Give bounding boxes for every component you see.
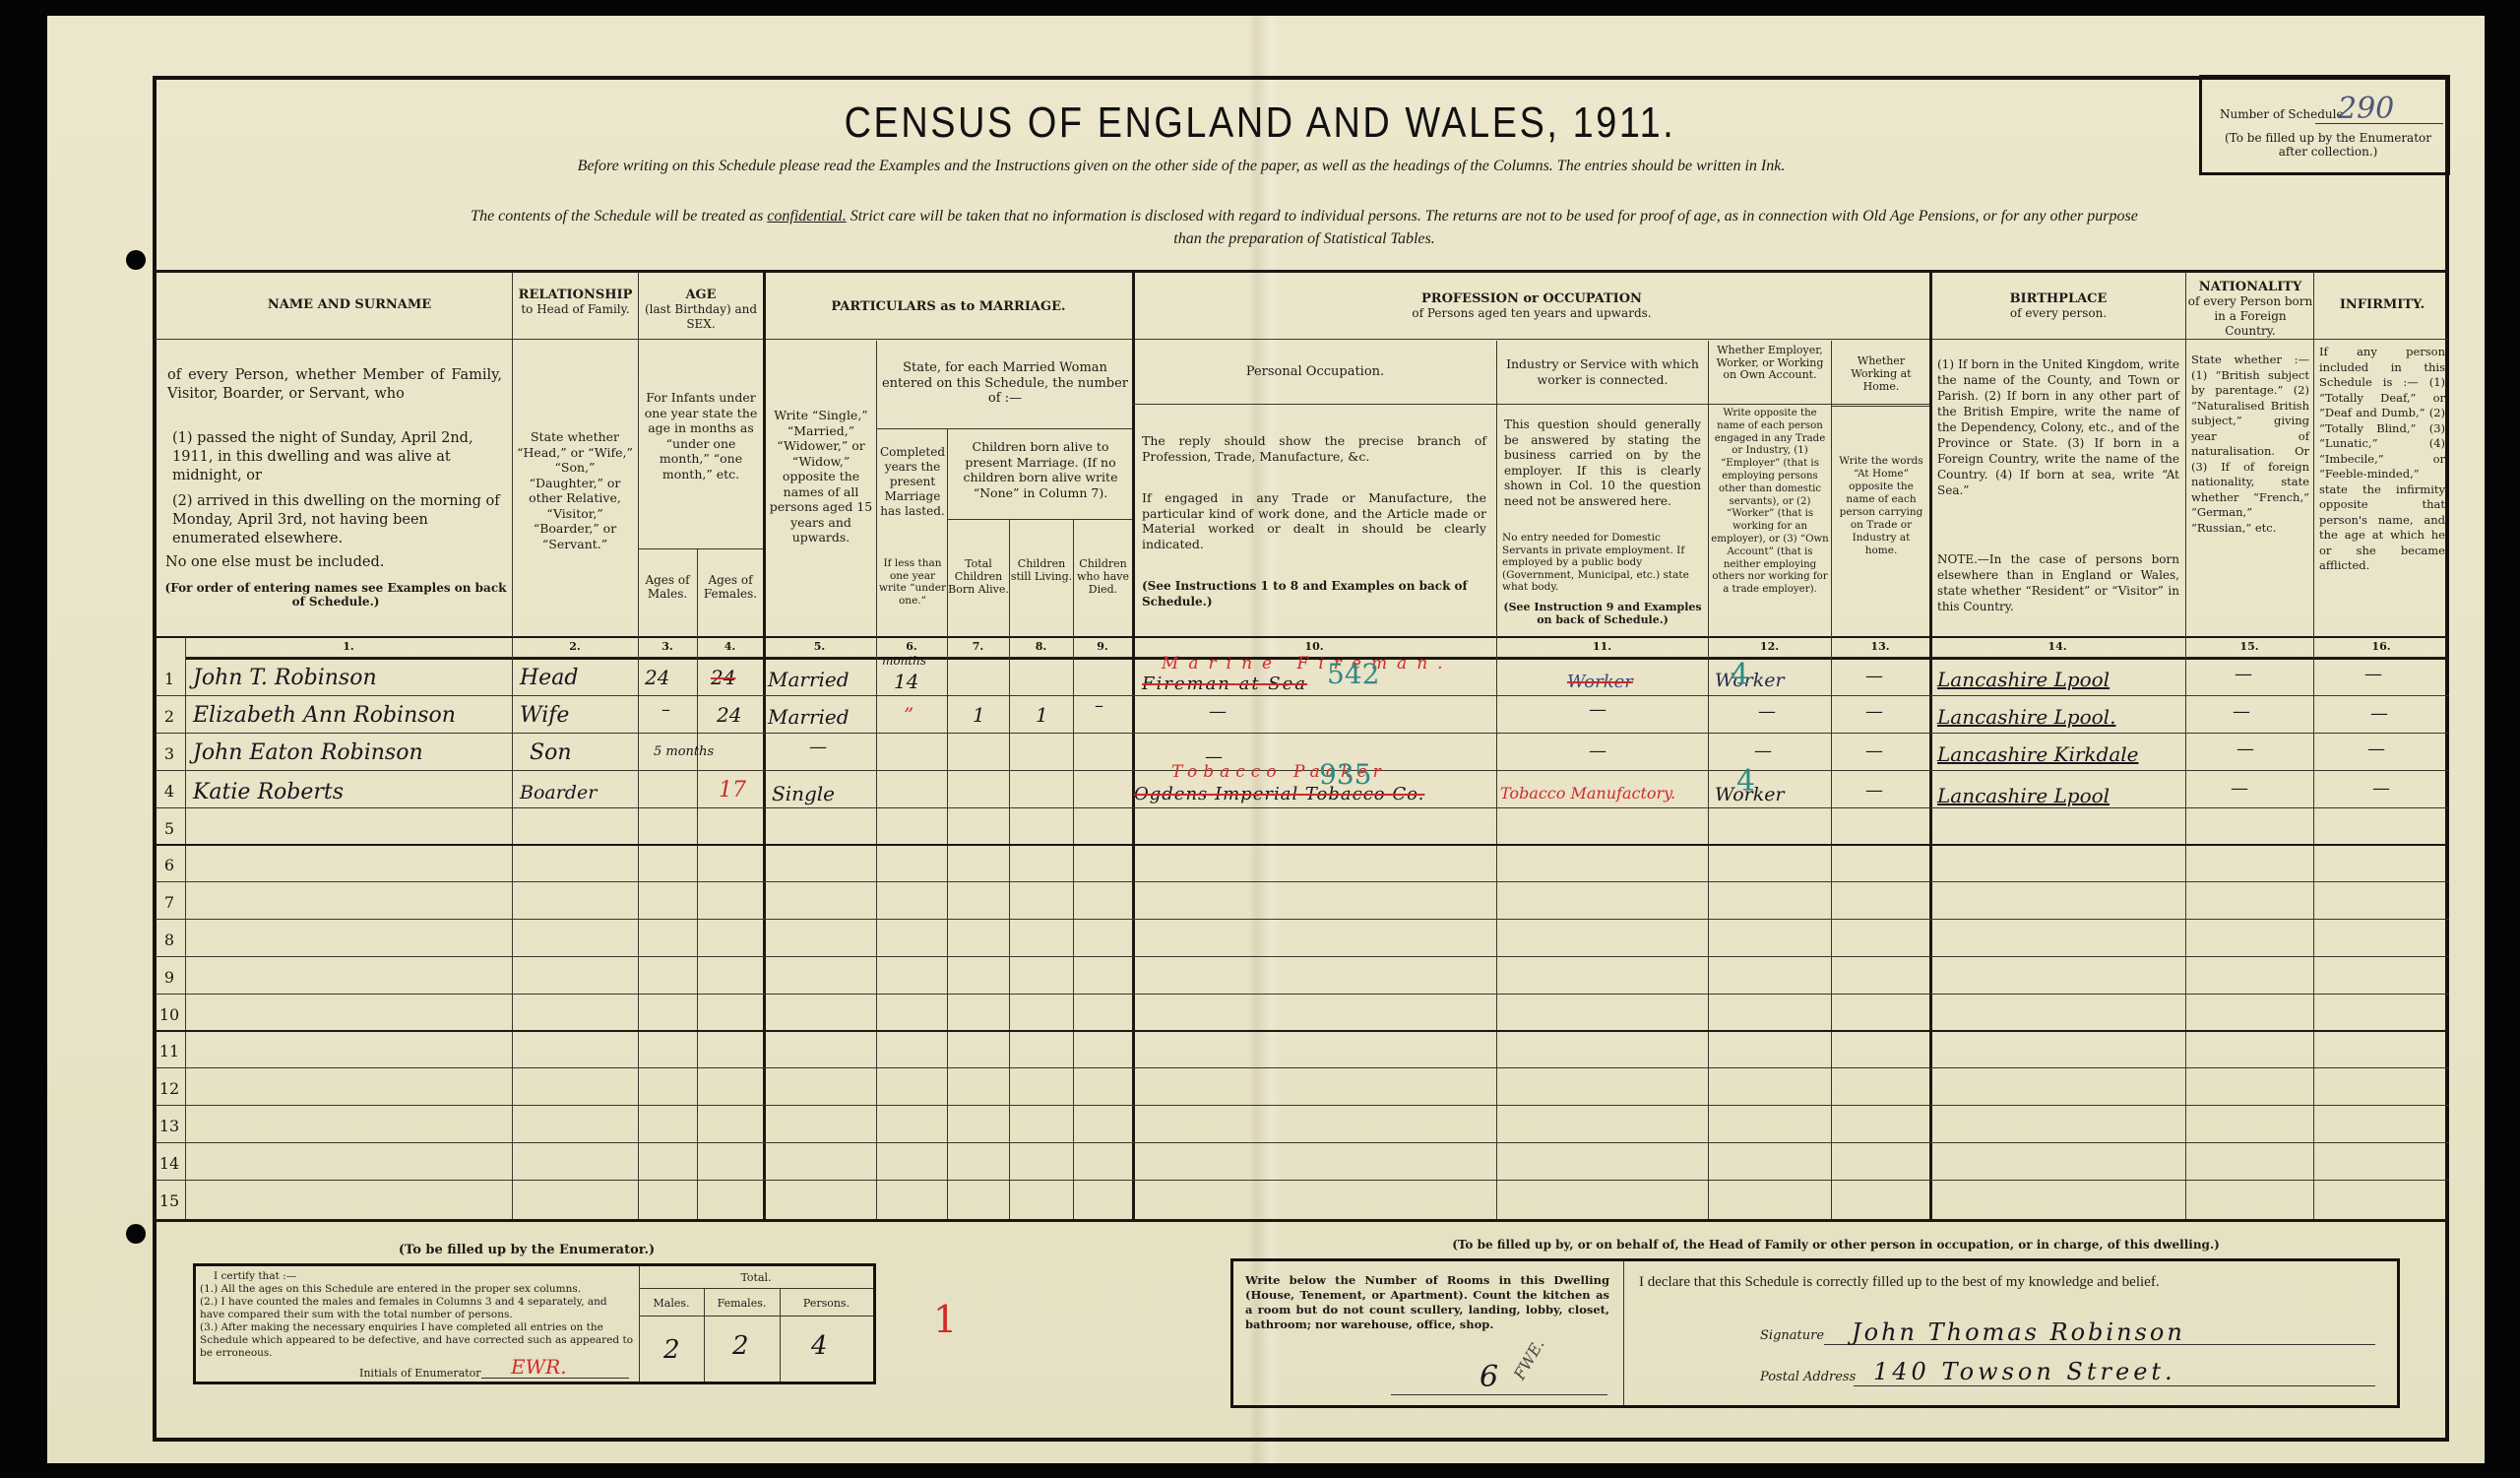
header-name-order-note: (For order of entering names see Example… xyxy=(163,581,508,609)
signature-value[interactable]: John Thomas Robinson xyxy=(1852,1318,2185,1346)
column-number: 14. xyxy=(1929,640,2185,653)
col-divider xyxy=(1132,272,1135,1219)
header-name-item1: (1) passed the night of Sunday, April 2n… xyxy=(172,429,502,485)
address-label: Postal Address xyxy=(1760,1370,1856,1385)
column-number: 8. xyxy=(1009,640,1073,653)
confidential-word: confidential. xyxy=(767,208,846,225)
row-number: 10 xyxy=(156,1005,183,1024)
entry-occupation-code[interactable]: 542 xyxy=(1327,658,1379,690)
entry-industry[interactable]: — xyxy=(1589,699,1606,720)
header-subdivider xyxy=(638,548,763,549)
header-marriage-years-note: If less than one year write “under one.” xyxy=(878,557,947,607)
header-relationship-title: RELATIONSHIPto Head of Family. xyxy=(513,288,638,317)
col-divider xyxy=(185,637,186,1219)
confidential-notice: The contents of the Schedule will be tre… xyxy=(167,205,2441,250)
declaration-text: I declare that this Schedule is correctl… xyxy=(1639,1275,2387,1291)
entry-name[interactable]: Elizabeth Ann Robinson xyxy=(193,703,456,728)
entry-birthplace[interactable]: Lancashire Kirkdale xyxy=(1937,742,2138,766)
header-occupation-personal-note: (See Instructions 1 to 8 and Examples on… xyxy=(1142,579,1486,610)
entry-birthplace[interactable]: Lancashire Lpool. xyxy=(1937,705,2115,729)
header-age-body: For Infants under one year state the age… xyxy=(642,390,760,482)
row-line xyxy=(156,1180,2449,1181)
enumerator-item2: (2.) I have counted the males and female… xyxy=(200,1296,633,1321)
column-number: 9. xyxy=(1073,640,1132,653)
col-divider xyxy=(1831,341,1832,1219)
males-label: Males. xyxy=(639,1296,704,1312)
header-occupation-home: Whether Working at Home. xyxy=(1833,354,1929,393)
col-divider xyxy=(2313,272,2314,1219)
header-age-title: AGE(last Birthday) and SEX. xyxy=(639,288,763,332)
header-occupation-personal: Personal Occupation. xyxy=(1134,364,1496,380)
row-number: 12 xyxy=(156,1079,183,1098)
column-number: 12. xyxy=(1708,640,1831,653)
address-value[interactable]: 140 Towson Street. xyxy=(1873,1358,2176,1385)
entry-age-female-struck[interactable]: 24 xyxy=(711,666,735,689)
row-line xyxy=(156,1142,2449,1143)
entry-birthplace[interactable]: Lancashire Lpool xyxy=(1937,668,2110,691)
entry-still-living[interactable]: 1 xyxy=(1036,703,1048,727)
header-marriage-total-born: Total Children Born Alive. xyxy=(948,557,1009,596)
header-subdivider xyxy=(947,519,1132,520)
entry-occupation-correction[interactable]: Marine Fireman. xyxy=(1162,654,1453,674)
schedule-number-box: Number of Schedule 290 (To be filled up … xyxy=(2199,75,2450,175)
table-bottom-border xyxy=(155,1219,2448,1222)
col-divider xyxy=(876,341,877,1219)
household-declaration-box: Write below the Number of Rooms in this … xyxy=(1230,1258,2400,1408)
entry-employment-mark: 4 xyxy=(1736,764,1755,799)
entry-nationality[interactable]: — xyxy=(2235,664,2252,684)
entry-age-female[interactable]: 17 xyxy=(719,778,746,803)
column-number: 7. xyxy=(947,640,1009,653)
row-line-thick xyxy=(156,844,2449,846)
row-number: 2 xyxy=(156,707,183,726)
household-heading: (To be filled up by, or on behalf of, th… xyxy=(1230,1238,2441,1253)
rooms-initials: FWE. xyxy=(1510,1336,1548,1383)
totals-rule xyxy=(639,1316,873,1317)
col-divider xyxy=(1009,519,1010,1219)
entry-employment-mark: 4 xyxy=(1731,658,1749,692)
header-occupation-industry: Industry or Service with which worker is… xyxy=(1499,356,1706,387)
punch-hole xyxy=(126,250,146,270)
row-line xyxy=(156,956,2449,957)
header-nationality-title: NATIONALITYof every Person born in a For… xyxy=(2187,280,2313,339)
row-number: 7 xyxy=(156,893,183,912)
header-occupation-home-body: Write the words “At Home” opposite the n… xyxy=(1836,455,1926,557)
header-name-title: NAME AND SURNAME xyxy=(187,297,512,312)
header-occupation-title: PROFESSION or OCCUPATIONof Persons aged … xyxy=(1134,291,1929,321)
col-divider xyxy=(1708,341,1709,1219)
entry-employment[interactable]: Worker xyxy=(1715,670,1785,691)
entry-age-male[interactable]: 5 months xyxy=(654,744,714,759)
row-number: 3 xyxy=(156,744,183,763)
entry-age-female[interactable]: 24 xyxy=(717,703,741,727)
header-birthplace-body: (1) If born in the United Kingdom, write… xyxy=(1937,356,2179,498)
col-divider xyxy=(1496,341,1497,1219)
header-birthplace-note: NOTE.—In the case of persons born elsewh… xyxy=(1937,551,2179,614)
header-occupation-employer-body: Write opposite the name of each person e… xyxy=(1711,408,1829,597)
row-number: 4 xyxy=(156,782,183,801)
row-line-thick xyxy=(156,1030,2449,1032)
entry-relationship[interactable]: Head xyxy=(520,666,578,690)
header-infirmity-body: If any person included in this Schedule … xyxy=(2319,345,2445,574)
enumerator-item3: (3.) After making the necessary enquirie… xyxy=(200,1321,633,1360)
column-number: 5. xyxy=(763,640,876,653)
schedule-number-value[interactable]: 290 xyxy=(2338,92,2394,126)
entry-name[interactable]: John Eaton Robinson xyxy=(193,740,423,765)
header-name-none-else: No one else must be included. xyxy=(165,555,500,571)
entry-employment[interactable]: — xyxy=(1758,701,1776,722)
schedule-number-label: Number of Schedule xyxy=(2220,107,2344,121)
row-line xyxy=(156,919,2449,920)
column-number: 16. xyxy=(2313,640,2449,653)
rooms-instruction: Write below the Number of Rooms in this … xyxy=(1245,1273,1609,1332)
header-marriage-years: Completed years the present Marriage has… xyxy=(879,445,946,519)
entry-occupation-struck[interactable]: Fireman at Sea xyxy=(1142,674,1307,694)
header-name-item2: (2) arrived in this dwelling on the morn… xyxy=(172,492,502,548)
entry-relationship[interactable]: Son xyxy=(530,740,572,765)
header-bottom-border xyxy=(155,636,2448,638)
header-marriage-condition: Write “Single,” “Married,” “Widower,” or… xyxy=(768,408,874,546)
entry-years-married-label: months xyxy=(882,654,926,668)
entry-nationality[interactable]: — xyxy=(2231,778,2248,799)
column-number: 4. xyxy=(697,640,763,653)
header-birthplace-title: BIRTHPLACEof every person. xyxy=(1931,291,2185,321)
enumerator-item1: (1.) All the ages on this Schedule are e… xyxy=(200,1283,633,1296)
header-marriage-still-living: Children still Living. xyxy=(1010,557,1073,583)
header-name-intro: of every Person, whether Member of Famil… xyxy=(167,366,502,404)
entry-age-male[interactable]: – xyxy=(661,699,670,720)
punch-hole xyxy=(126,1224,146,1244)
header-marriage-title: PARTICULARS as to MARRIAGE. xyxy=(765,299,1132,314)
entry-at-home[interactable]: — xyxy=(1865,740,1883,761)
row-line xyxy=(156,695,2449,696)
header-marriage-married-woman: State, for each Married Woman entered on… xyxy=(881,360,1129,407)
header-infirmity-title: INFIRMITY. xyxy=(2315,297,2449,312)
row-line xyxy=(156,1067,2449,1068)
entry-infirmity[interactable]: — xyxy=(2372,778,2390,799)
row-line xyxy=(156,733,2449,734)
entry-at-home[interactable]: — xyxy=(1865,666,1883,686)
row-line xyxy=(156,1105,2449,1106)
column-number: 10. xyxy=(1132,640,1496,653)
row-number: 15 xyxy=(156,1191,183,1210)
row-line xyxy=(156,994,2449,995)
entry-nationality[interactable]: — xyxy=(2236,739,2254,759)
entry-birthplace[interactable]: Lancashire Lpool xyxy=(1937,784,2110,807)
entry-died[interactable]: – xyxy=(1095,695,1103,716)
header-subdivider xyxy=(1831,406,1929,407)
header-nationality-body: State whether :— (1) “British subject by… xyxy=(2191,353,2309,536)
rooms-line xyxy=(1391,1394,1607,1395)
header-marriage-died: Children who have Died. xyxy=(1074,557,1132,596)
enumerator-certify: I certify that :— xyxy=(214,1270,296,1283)
entry-occupation-struck[interactable]: Ogdens Imperial Tobacco Co. xyxy=(1134,784,1424,804)
entry-industry[interactable]: — xyxy=(1589,740,1606,761)
col-divider xyxy=(1073,519,1074,1219)
entry-at-home[interactable]: — xyxy=(1865,780,1883,801)
total-males-value[interactable]: 2 xyxy=(663,1335,680,1365)
entry-condition[interactable]: Married xyxy=(768,668,850,691)
entry-nationality[interactable]: — xyxy=(2233,701,2250,722)
entry-at-home[interactable]: — xyxy=(1865,701,1883,722)
column-number: 6. xyxy=(876,640,947,653)
entry-infirmity[interactable]: — xyxy=(2367,739,2385,759)
table-top-border xyxy=(155,270,2448,273)
header-divider xyxy=(155,339,2448,340)
schedule-number-note: (To be filled up by the Enumerator after… xyxy=(2210,131,2446,159)
column-number: 3. xyxy=(638,640,697,653)
instruction-line: Before writing on this Schedule please r… xyxy=(157,158,2205,175)
header-subdivider xyxy=(876,428,1132,429)
row-number: 11 xyxy=(156,1042,183,1060)
total-label: Total. xyxy=(639,1270,873,1286)
header-occupation-employer: Whether Employer, Worker, or Working on … xyxy=(1710,345,1830,382)
col-divider xyxy=(763,272,766,1219)
enumerator-certificate-box: I certify that :— (1.) All the ages on t… xyxy=(193,1263,876,1384)
entry-age-male[interactable]: 24 xyxy=(645,666,669,689)
entry-years-married[interactable]: ” xyxy=(904,703,913,727)
persons-label: Persons. xyxy=(780,1296,873,1312)
rooms-value[interactable]: 6 xyxy=(1480,1360,1498,1394)
col-divider xyxy=(2185,272,2186,1219)
entry-infirmity[interactable]: — xyxy=(2364,664,2382,684)
column-number: 11. xyxy=(1496,640,1708,653)
entry-occupation[interactable]: — xyxy=(1209,701,1227,722)
col-divider xyxy=(1929,272,1932,1219)
header-occupation-industry-body: This question should generally be answer… xyxy=(1504,418,1701,509)
total-persons-value[interactable]: 4 xyxy=(811,1331,828,1361)
totals-rule xyxy=(639,1288,873,1289)
enumerator-heading: (To be filled up by the Enumerator.) xyxy=(153,1243,901,1257)
column-number: 13. xyxy=(1831,640,1929,653)
enumerator-initials-label: Initials of Enumerator xyxy=(359,1366,481,1382)
entry-total-born[interactable]: 1 xyxy=(973,703,985,727)
total-females-value[interactable]: 2 xyxy=(732,1331,749,1361)
column-number: 2. xyxy=(512,640,638,653)
header-age-males: Ages of Males. xyxy=(640,573,695,601)
entry-condition[interactable]: Married xyxy=(768,705,850,729)
enumerator-margin-mark: 1 xyxy=(933,1298,957,1341)
page-title: CENSUS OF ENGLAND AND WALES, 1911. xyxy=(176,98,2344,148)
row-number: 14 xyxy=(156,1154,183,1173)
col-divider xyxy=(947,428,948,1219)
entry-industry-struck[interactable]: Worker xyxy=(1567,672,1633,692)
header-occupation-industry-small: No entry needed for Domestic Servants in… xyxy=(1502,532,1703,594)
entry-employment[interactable]: — xyxy=(1754,740,1772,761)
header-subdivider xyxy=(1132,404,1929,405)
col-divider xyxy=(638,272,639,1219)
rooms-divider xyxy=(1623,1261,1624,1405)
enumerator-initials-value[interactable]: EWR. xyxy=(511,1355,567,1379)
row-line xyxy=(156,881,2449,882)
row-number: 5 xyxy=(156,819,183,838)
signature-label: Signature xyxy=(1760,1328,1824,1344)
row-number: 9 xyxy=(156,968,183,987)
entry-relationship[interactable]: Boarder xyxy=(520,782,597,803)
row-number: 6 xyxy=(156,856,183,874)
column-number: 1. xyxy=(185,640,512,653)
entry-condition[interactable]: Single xyxy=(772,782,835,805)
header-age-females: Ages of Females. xyxy=(699,573,762,601)
entry-relationship[interactable]: Wife xyxy=(520,703,569,728)
row-number: 1 xyxy=(156,670,183,688)
column-number: 15. xyxy=(2185,640,2313,653)
females-label: Females. xyxy=(704,1296,780,1312)
entry-years-married[interactable]: 14 xyxy=(894,670,918,693)
row-number: 8 xyxy=(156,931,183,949)
entry-name[interactable]: John T. Robinson xyxy=(193,666,377,690)
header-occupation-industry-note: (See Instruction 9 and Examples on back … xyxy=(1500,601,1705,626)
row-line xyxy=(156,807,2449,808)
entry-industry[interactable]: Tobacco Manufactory. xyxy=(1500,784,1675,803)
header-relationship-body: State whether “Head,” or “Wife,” “Son,” … xyxy=(516,429,634,551)
entry-name[interactable]: Katie Roberts xyxy=(193,780,344,804)
header-marriage-children-head: Children born alive to present Marriage.… xyxy=(950,439,1131,500)
entry-infirmity[interactable]: — xyxy=(2370,703,2388,724)
row-number: 13 xyxy=(156,1117,183,1135)
address-line xyxy=(1854,1385,2375,1386)
header-occupation-personal-body2: If engaged in any Trade or Manufacture, … xyxy=(1142,490,1486,551)
col-divider xyxy=(512,272,513,1219)
header-occupation-personal-body1: The reply should show the precise branch… xyxy=(1142,433,1486,464)
entry-condition[interactable]: — xyxy=(809,737,827,757)
